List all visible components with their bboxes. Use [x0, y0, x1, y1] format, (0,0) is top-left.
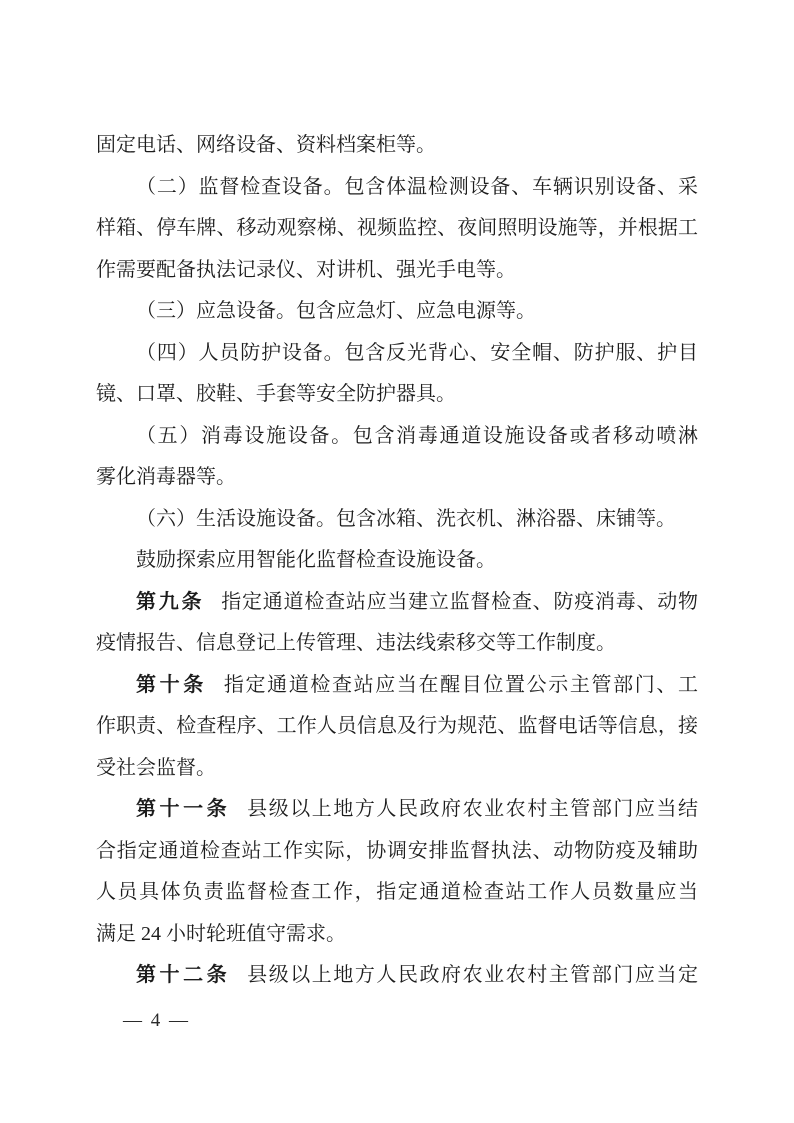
article-label: 第十条	[136, 674, 207, 696]
line-text: 样箱、停车牌、移动观察梯、视频监控、夜间照明设施等，并根据工	[96, 217, 698, 239]
text-line: 固定电话、网络设备、资料档案柜等。	[96, 125, 698, 167]
page-number: — 4 —	[123, 1006, 190, 1036]
text-line: 疫情报告、信息登记上传管理、违法线索移交等工作制度。	[96, 623, 698, 665]
article-label: 第九条	[136, 591, 204, 613]
line-text: 县级以上地方人民政府农业农村主管部门应当定	[247, 964, 698, 986]
line-text: （三）应急设备。包含应急灯、应急电源等。	[136, 300, 536, 322]
line-text: 指定通道检查站应当建立监督检查、防疫消毒、动物	[221, 591, 698, 613]
line-text: 固定电话、网络设备、资料档案柜等。	[96, 134, 436, 156]
text-line: 鼓励探索应用智能化监督检查设施设备。	[96, 540, 698, 582]
text-line: 合指定通道检查站工作实际，协调安排监督执法、动物防疫及辅助	[96, 831, 698, 873]
text-line: （三）应急设备。包含应急灯、应急电源等。	[96, 291, 698, 333]
text-line-article-10: 第十条指定通道检查站应当在醒目位置公示主管部门、工	[96, 665, 698, 707]
line-text: （五）消毒设施设备。包含消毒通道设施设备或者移动喷淋	[136, 425, 698, 447]
text-line: 样箱、停车牌、移动观察梯、视频监控、夜间照明设施等，并根据工	[96, 208, 698, 250]
text-line: 镜、口罩、胶鞋、手套等安全防护器具。	[96, 374, 698, 416]
line-text: 指定通道检查站应当在醒目位置公示主管部门、工	[224, 674, 698, 696]
text-line: （四）人员防护设备。包含反光背心、安全帽、防护服、护目	[96, 333, 698, 375]
line-text: （四）人员防护设备。包含反光背心、安全帽、防护服、护目	[136, 342, 698, 364]
line-text: 雾化消毒器等。	[96, 466, 236, 488]
text-line: 作职责、检查程序、工作人员信息及行为规范、监督电话等信息，接	[96, 706, 698, 748]
line-text: 合指定通道检查站工作实际，协调安排监督执法、动物防疫及辅助	[96, 840, 698, 862]
line-text: 满足 24 小时轮班值守需求。	[96, 923, 346, 945]
line-text: （二）监督检查设备。包含体温检测设备、车辆识别设备、采	[136, 176, 698, 198]
line-text: 镜、口罩、胶鞋、手套等安全防护器具。	[96, 383, 456, 405]
article-label: 第十一条	[136, 798, 230, 820]
line-text: 疫情报告、信息登记上传管理、违法线索移交等工作制度。	[96, 632, 616, 654]
text-line: 满足 24 小时轮班值守需求。	[96, 914, 698, 956]
text-line-article-9: 第九条指定通道检查站应当建立监督检查、防疫消毒、动物	[96, 582, 698, 624]
text-line-article-12: 第十二条县级以上地方人民政府农业农村主管部门应当定	[96, 955, 698, 997]
text-line: （五）消毒设施设备。包含消毒通道设施设备或者移动喷淋	[96, 416, 698, 458]
line-text: 人员具体负责监督检查工作，指定通道检查站工作人员数量应当	[96, 881, 698, 903]
text-line: 作需要配备执法记录仪、对讲机、强光手电等。	[96, 250, 698, 292]
text-line: 受社会监督。	[96, 748, 698, 790]
line-text: 受社会监督。	[96, 757, 216, 779]
line-text: 县级以上地方人民政府农业农村主管部门应当结	[247, 798, 698, 820]
text-line: （六）生活设施设备。包含冰箱、洗衣机、淋浴器、床铺等。	[96, 499, 698, 541]
document-page: 固定电话、网络设备、资料档案柜等。 （二）监督检查设备。包含体温检测设备、车辆识…	[0, 0, 794, 1123]
text-line: 人员具体负责监督检查工作，指定通道检查站工作人员数量应当	[96, 872, 698, 914]
text-line-article-11: 第十一条县级以上地方人民政府农业农村主管部门应当结	[96, 789, 698, 831]
article-label: 第十二条	[136, 964, 230, 986]
line-text: 作职责、检查程序、工作人员信息及行为规范、监督电话等信息，接	[96, 715, 698, 737]
line-text: 作需要配备执法记录仪、对讲机、强光手电等。	[96, 259, 516, 281]
document-body: 固定电话、网络设备、资料档案柜等。 （二）监督检查设备。包含体温检测设备、车辆识…	[96, 125, 698, 997]
text-line: （二）监督检查设备。包含体温检测设备、车辆识别设备、采	[96, 167, 698, 209]
text-line: 雾化消毒器等。	[96, 457, 698, 499]
line-text: 鼓励探索应用智能化监督检查设施设备。	[136, 549, 496, 571]
line-text: （六）生活设施设备。包含冰箱、洗衣机、淋浴器、床铺等。	[136, 508, 676, 530]
